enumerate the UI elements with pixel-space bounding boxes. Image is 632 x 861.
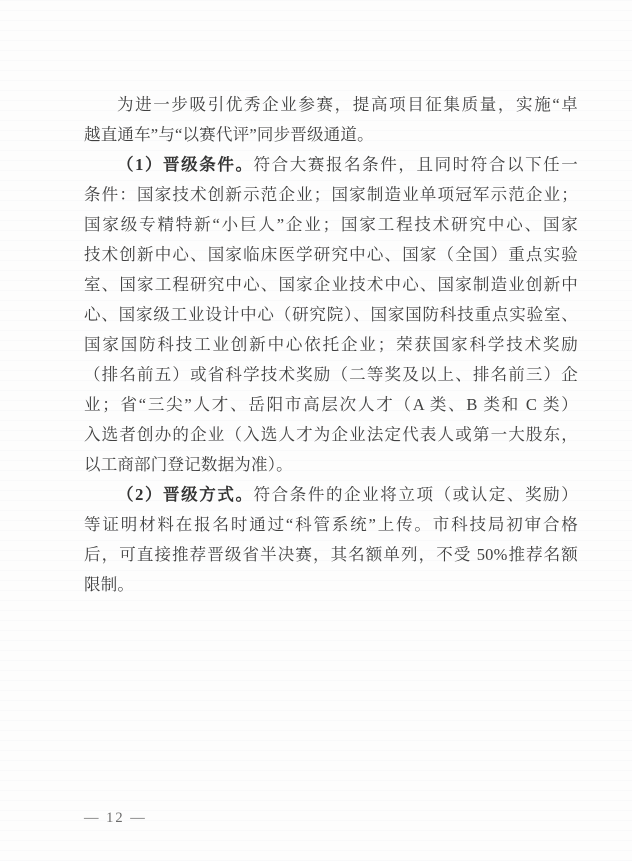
text-line: 室、国家工程研究中心、国家企业技术中心、国家制造业创新中 (84, 270, 578, 300)
text-line: 为进一步吸引优秀企业参赛，提高项目征集质量，实施“卓 (84, 90, 578, 120)
text-line: 国家国防科技工业创新中心依托企业；荣获国家科学技术奖励 (84, 330, 578, 360)
text-line: 条件：国家技术创新示范企业；国家制造业单项冠军示范企业； (84, 180, 578, 210)
text-line: 限制。 (84, 570, 578, 600)
document-body: 为进一步吸引优秀企业参赛，提高项目征集质量，实施“卓越直通车”与“以赛代评”同步… (84, 90, 578, 600)
scanned-document-page: 为进一步吸引优秀企业参赛，提高项目征集质量，实施“卓越直通车”与“以赛代评”同步… (0, 0, 632, 861)
text-line: （2）晋级方式。符合条件的企业将立项（或认定、奖励） (84, 480, 578, 510)
bold-lead-text: （2）晋级方式。 (117, 485, 254, 504)
text-line: 国家级专精特新“小巨人”企业；国家工程技术研究中心、国家 (84, 210, 578, 240)
text-line: 入选者创办的企业（入选人才为企业法定代表人或第一大股东， (84, 420, 578, 450)
text-line: （1）晋级条件。符合大赛报名条件，且同时符合以下任一 (84, 150, 578, 180)
text-line: 技术创新中心、国家临床医学研究中心、国家（全国）重点实验 (84, 240, 578, 270)
text-line: 心、国家级工业设计中心（研究院）、国家国防科技重点实验室、 (84, 300, 578, 330)
text-line: 越直通车”与“以赛代评”同步晋级通道。 (84, 120, 578, 150)
text-line: 业；省“三尖”人才、岳阳市高层次人才（A 类、B 类和 C 类） (84, 390, 578, 420)
paragraph: （2）晋级方式。符合条件的企业将立项（或认定、奖励）等证明材料在报名时通过“科管… (84, 480, 578, 600)
text-line: （排名前五）或省科学技术奖励（二等奖及以上、排名前三）企 (84, 360, 578, 390)
text-line: 后，可直接推荐晋级省半决赛，其名额单列，不受 50%推荐名额 (84, 540, 578, 570)
page-number: — 12 — (84, 806, 147, 830)
text-line: 以工商部门登记数据为准）。 (84, 450, 578, 480)
bold-lead-text: （1）晋级条件。 (117, 155, 254, 174)
paragraph: （1）晋级条件。符合大赛报名条件，且同时符合以下任一条件：国家技术创新示范企业；… (84, 150, 578, 480)
text-line: 等证明材料在报名时通过“科管系统”上传。市科技局初审合格 (84, 510, 578, 540)
paragraph: 为进一步吸引优秀企业参赛，提高项目征集质量，实施“卓越直通车”与“以赛代评”同步… (84, 90, 578, 150)
